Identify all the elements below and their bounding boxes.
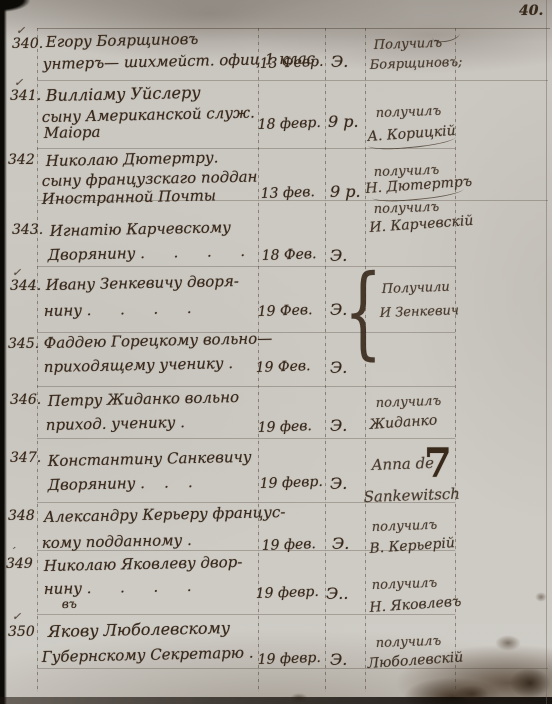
entry-fee: Э.. bbox=[326, 584, 348, 603]
entry-text-line-1: Константину Санкевичу bbox=[48, 448, 252, 470]
entry-text-line-3: Иностранной Почты bbox=[42, 186, 217, 208]
row-rule bbox=[37, 80, 548, 81]
entry-text-line-1: Ивану Зенкевичу дворя- bbox=[46, 272, 239, 294]
entry-date: 19 февр. bbox=[257, 650, 321, 668]
entry-remark-line-2: И Зенкевич bbox=[379, 303, 459, 321]
entry-remark-line-2: Sankewitsch bbox=[363, 485, 460, 506]
entry-text-line-2: приходящему ученику . bbox=[44, 354, 234, 376]
entry-date: 19 Фев. bbox=[257, 302, 312, 320]
check-mark: ✓ bbox=[12, 610, 21, 623]
entry-remark-line-2: Боярщиновъ; bbox=[369, 55, 462, 73]
entry-remark-line-1: получилъ bbox=[375, 104, 441, 121]
entry-fee: 9 р. bbox=[328, 112, 359, 131]
ledger-page-scan: 40. ✓ 340. Егору Боярщиновъ унтеръ— шихм… bbox=[0, 0, 552, 704]
entry-fee: 9 р. bbox=[330, 182, 361, 201]
entry-date: 19 февр. bbox=[259, 474, 323, 492]
entry-text-line-1: Николаю Дютертру. bbox=[46, 148, 219, 170]
entry-remark-line-1: получилъ bbox=[373, 200, 439, 217]
entry-fee: Э. bbox=[330, 650, 347, 669]
entry-number: 347. bbox=[10, 450, 41, 466]
entry-number: 346. bbox=[10, 392, 41, 408]
column-rule-number bbox=[37, 28, 38, 692]
entry-date: 19 февр. bbox=[255, 584, 319, 602]
stain-blotch bbox=[455, 685, 489, 703]
entry-fee: Э. bbox=[331, 52, 348, 71]
stain-blotch bbox=[510, 668, 550, 698]
entry-date: 13 Февр. bbox=[259, 54, 323, 72]
entry-text-line-2: Дворянину . . . bbox=[48, 473, 193, 494]
entry-text-line-1: Фаддею Горецкому вольно— bbox=[44, 329, 273, 352]
entry-text-line-2: Дворянину . . . . bbox=[48, 242, 246, 264]
entry-number: 342 bbox=[8, 152, 35, 168]
entry-date: 19 фев. bbox=[257, 418, 312, 436]
entry-fee: Э. bbox=[332, 534, 349, 553]
entry-signature: Н. Яковлевъ bbox=[369, 594, 462, 616]
entry-date: 19 фев. bbox=[261, 536, 316, 554]
entry-text-line-1: Егору Боярщиновъ bbox=[46, 30, 199, 51]
row-rule bbox=[37, 386, 455, 387]
entry-remark-line-1: получилъ bbox=[371, 518, 437, 535]
entry-text-line-2: нину . . . . bbox=[44, 299, 192, 320]
entry-text-line-2: Губернскому Секретарю . bbox=[42, 644, 254, 666]
entry-number: 340. bbox=[12, 36, 43, 52]
row-rule bbox=[37, 438, 455, 439]
entry-text-line-2: кому подданному . bbox=[42, 531, 192, 552]
film-edge-left bbox=[0, 0, 7, 704]
page-number: 40. bbox=[519, 3, 543, 19]
entry-remark-line-1: получилъ bbox=[375, 394, 441, 411]
entry-text-line-2: сыну французскаго поддан bbox=[42, 167, 258, 190]
table-top-rule bbox=[37, 28, 550, 29]
entry-number: 349 bbox=[6, 556, 33, 572]
entry-fee: Э. bbox=[330, 416, 347, 435]
entry-date: 19 Фев. bbox=[255, 358, 310, 376]
entry-date: 13 фев. bbox=[260, 184, 315, 202]
entry-number: 350 bbox=[8, 624, 35, 640]
entry-signature: Жиданко bbox=[369, 412, 438, 433]
entry-text-line-3: Маіора bbox=[44, 123, 101, 142]
row-rule bbox=[37, 266, 455, 267]
entry-number: 343. bbox=[12, 222, 43, 238]
entry-text-line-1: Александру Керьеру францус- bbox=[44, 503, 286, 526]
entry-text-line-1: Вилліаму Уйслеру bbox=[46, 83, 201, 105]
entry-fee: Э. bbox=[330, 474, 347, 493]
entry-remark-line-1: получилъ bbox=[371, 576, 437, 593]
grouping-brace: { bbox=[344, 262, 382, 362]
signature-flourish bbox=[432, 31, 461, 43]
entry-text-line-2: нину . . . . bbox=[44, 577, 192, 598]
stain-blotch bbox=[495, 635, 521, 651]
entry-text-line-1: Якову Люболевскому bbox=[48, 618, 231, 641]
stain-blotch bbox=[290, 693, 308, 703]
entry-text-line-2: приход. ученику . bbox=[46, 413, 185, 434]
film-corner-top-left bbox=[0, 0, 30, 12]
entry-number: 341. bbox=[10, 88, 41, 104]
entry-number: 348 bbox=[8, 508, 35, 524]
entry-text-line-1: Петру Жиданко вольно bbox=[48, 388, 240, 410]
entry-text-line-3: въ bbox=[62, 597, 77, 611]
entry-remark-line-1: получилъ bbox=[375, 634, 441, 651]
entry-text-line-1: Николаю Яковлеву двор- bbox=[44, 553, 243, 575]
entry-date: 18 февр. bbox=[257, 115, 321, 133]
page-crease bbox=[546, 0, 547, 704]
entry-signature: В. Керьерій bbox=[369, 535, 456, 557]
entry-number: 345. bbox=[8, 336, 39, 352]
entry-remark-line-1: Получили bbox=[381, 280, 450, 297]
entry-text-line-1: Игнатію Карчевскому bbox=[50, 218, 231, 240]
entry-number: 344. bbox=[10, 278, 41, 294]
row-rule bbox=[37, 668, 548, 669]
entry-fee: Э. bbox=[330, 358, 347, 377]
entry-date: 18 Фев. bbox=[261, 246, 316, 264]
seven-mark: 7 bbox=[424, 446, 452, 482]
